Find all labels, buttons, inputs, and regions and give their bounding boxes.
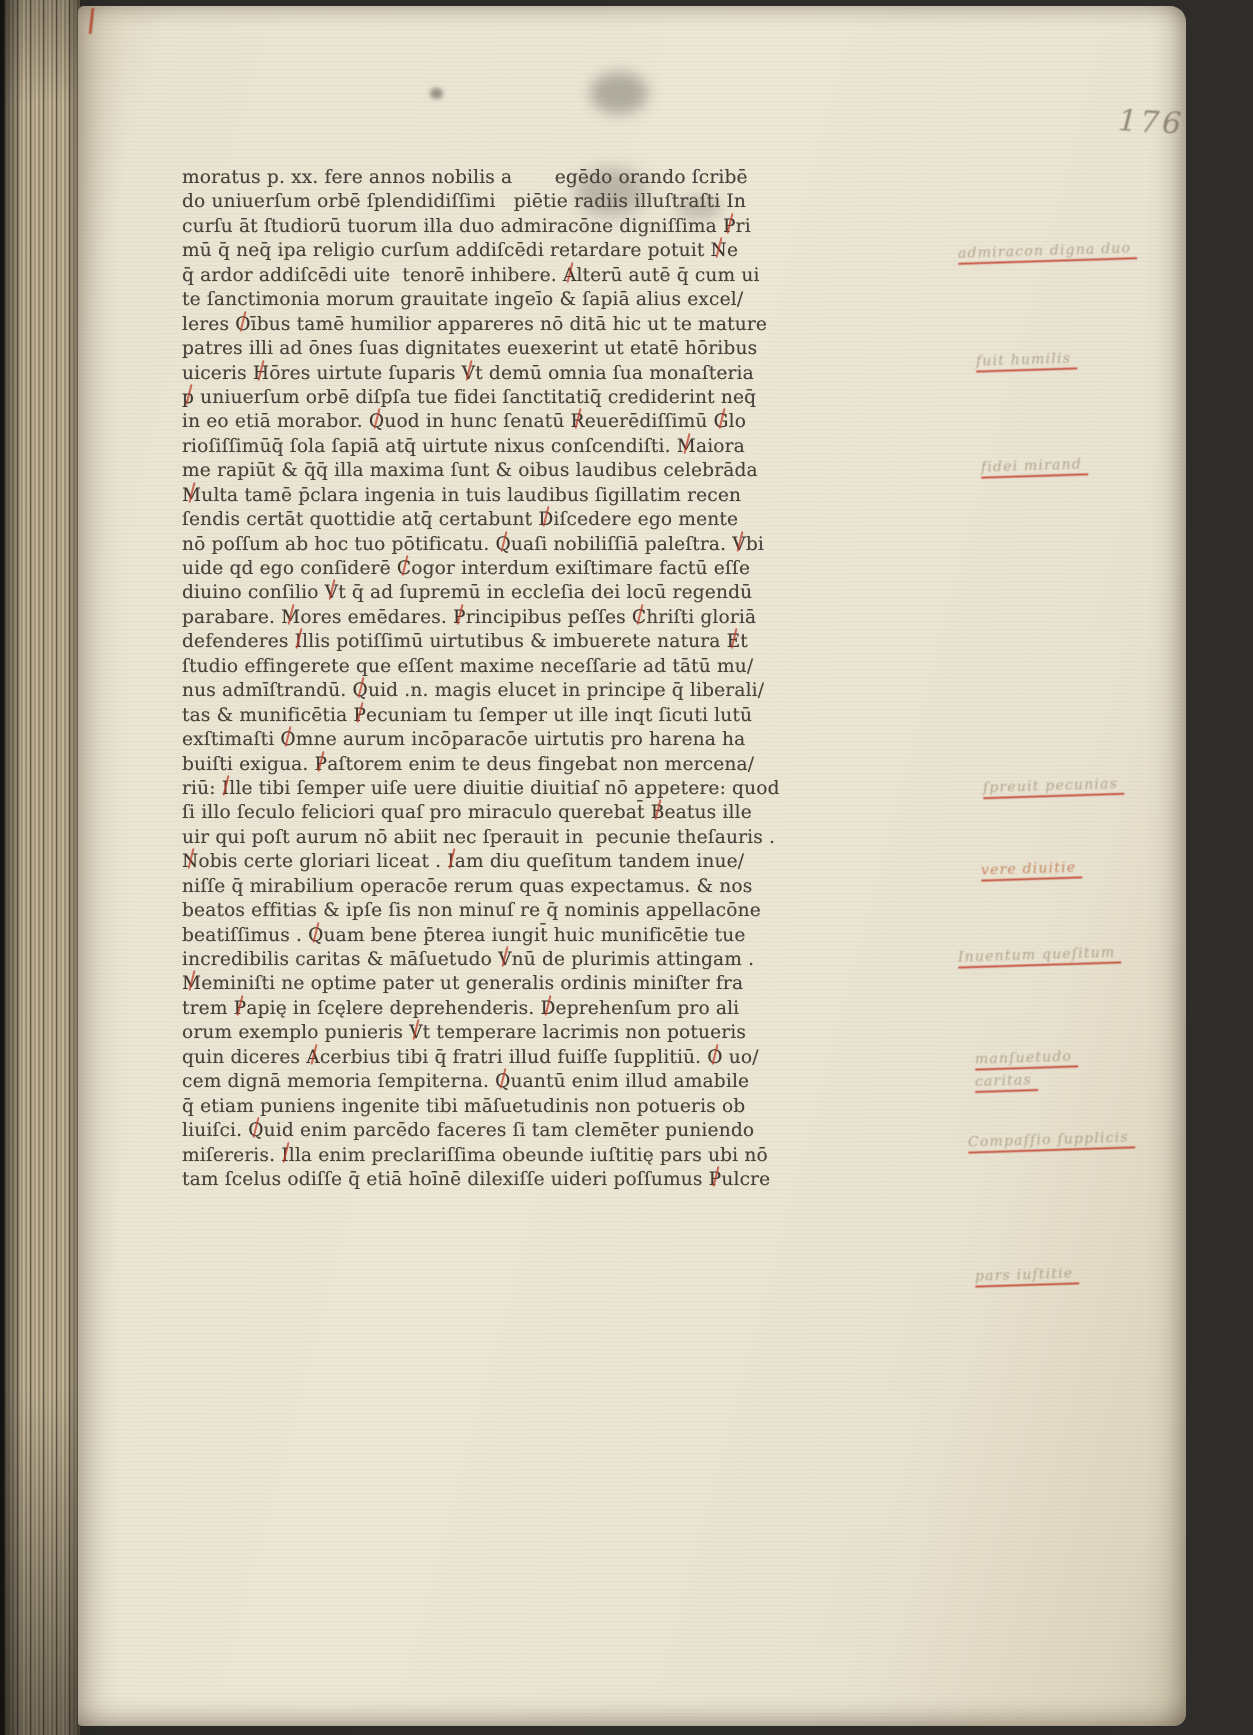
margin-annotation: vere diuitie [981,861,1082,884]
annotation-text: Compaſſio ſupplicis [968,1129,1135,1153]
margin-annotation: fuit humilis [976,352,1077,375]
margin-annotation: fidei mirand [981,458,1088,481]
annotation-text: ſpreuit pecunias [983,776,1125,799]
margin-annotation: ſpreuit pecunias [983,778,1124,801]
annotation-text: fuit humilis [976,350,1078,372]
margin-annotation: admiracon digna duo [958,243,1137,266]
margin-annotation: manſuetudocaritas [975,1050,1078,1096]
annotation-text: caritas [975,1072,1038,1093]
annotation-text: manſuetudo [975,1048,1079,1070]
manuscript-page: 176 moratus p. xx. fere annos nobilis a … [78,6,1186,1726]
annotation-text: Inuentum queſitum [958,944,1122,968]
book-binding-page-edges [4,0,80,1735]
margin-annotation: pars iuſtitie [975,1267,1079,1290]
annotation-text: pars iuſtitie [975,1265,1080,1287]
scanned-book-spread: 176 moratus p. xx. fere annos nobilis a … [0,0,1253,1735]
annotation-text: fidei mirand [981,456,1089,478]
margin-annotation: Inuentum queſitum [958,947,1121,970]
margin-annotations: admiracon digna duofuit humilisfidei mir… [78,6,1186,1726]
margin-annotation: Compaſſio ſupplicis [968,1132,1135,1155]
annotation-text: admiracon digna duo [958,240,1138,265]
annotation-text: vere diuitie [981,859,1083,881]
